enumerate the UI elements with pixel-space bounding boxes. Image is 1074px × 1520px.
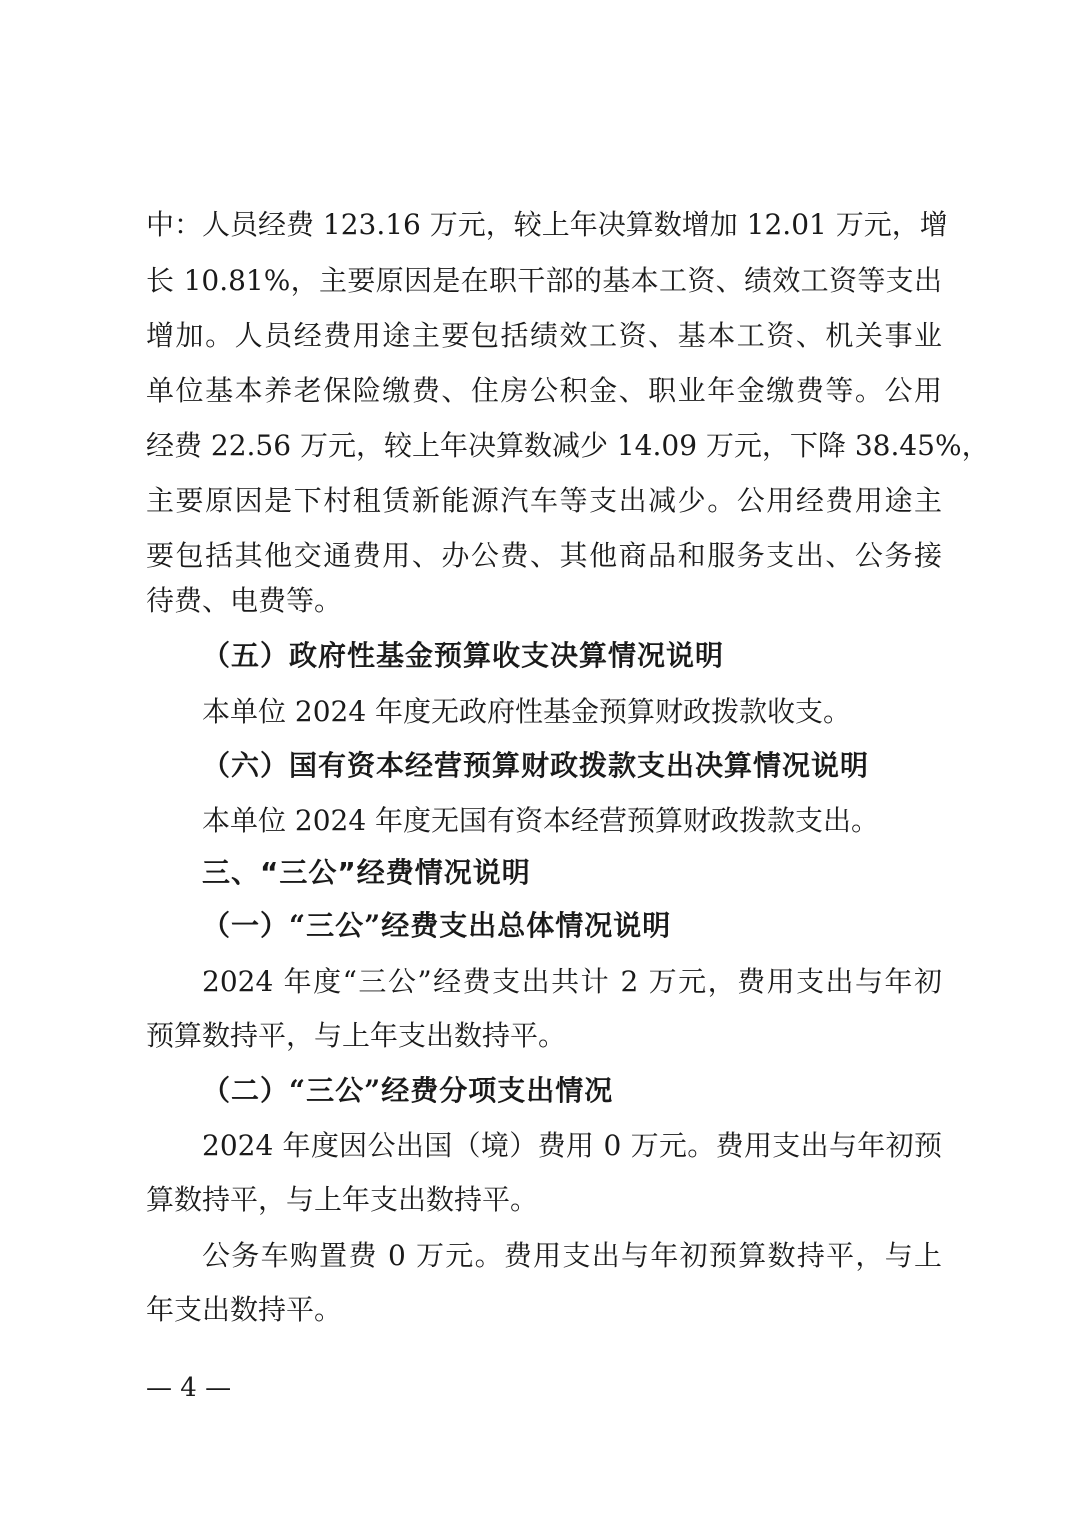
paragraph-line: 中：人员经费 123.16 万元，较上年决算数增加 12.01 万元，增 xyxy=(146,205,942,245)
paragraph-line: 2024 年度“三公”经费支出共计 2 万元，费用支出与年初 xyxy=(202,962,942,1002)
subsection-heading-1: （一）“三公”经费支出总体情况说明 xyxy=(202,906,942,946)
paragraph-line: 预算数持平，与上年支出数持平。 xyxy=(146,1016,942,1056)
paragraph-line: 要包括其他交通费用、办公费、其他商品和服务支出、公务接 xyxy=(146,536,942,576)
paragraph-line: 单位基本养老保险缴费、住房公积金、职业年金缴费等。公用 xyxy=(146,371,942,411)
paragraph-line: 2024 年度因公出国（境）费用 0 万元。费用支出与年初预 xyxy=(202,1126,942,1166)
paragraph-line: 经费 22.56 万元，较上年决算数减少 14.09 万元，下降 38.45%， xyxy=(146,426,942,466)
paragraph-line: 本单位 2024 年度无政府性基金预算财政拨款收支。 xyxy=(202,692,942,732)
paragraph-line: 长 10.81%，主要原因是在职干部的基本工资、绩效工资等支出 xyxy=(146,261,942,301)
paragraph-line: 年支出数持平。 xyxy=(146,1290,942,1330)
section-heading-6: （六）国有资本经营预算财政拨款支出决算情况说明 xyxy=(202,746,942,786)
section-heading-5: （五）政府性基金预算收支决算情况说明 xyxy=(202,636,942,676)
main-heading-3: 三、“三公”经费情况说明 xyxy=(202,853,942,893)
paragraph-line: 增加。人员经费用途主要包括绩效工资、基本工资、机关事业 xyxy=(146,316,942,356)
paragraph-line: 主要原因是下村租赁新能源汽车等支出减少。公用经费用途主 xyxy=(146,481,942,521)
document-page: 中：人员经费 123.16 万元，较上年决算数增加 12.01 万元，增 长 1… xyxy=(0,0,1074,1520)
paragraph-line: 算数持平，与上年支出数持平。 xyxy=(146,1180,942,1220)
page-number: — 4 — xyxy=(146,1370,231,1406)
paragraph-line: 本单位 2024 年度无国有资本经营预算财政拨款支出。 xyxy=(202,801,942,841)
paragraph-line: 公务车购置费 0 万元。费用支出与年初预算数持平，与上 xyxy=(202,1236,942,1276)
paragraph-line: 待费、电费等。 xyxy=(146,581,942,621)
subsection-heading-2: （二）“三公”经费分项支出情况 xyxy=(202,1071,942,1111)
